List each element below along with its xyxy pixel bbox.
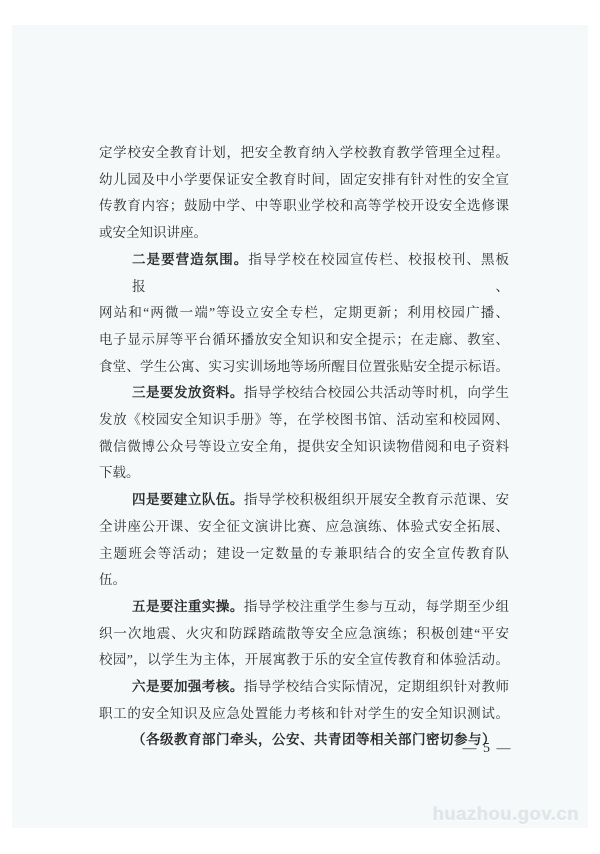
line-text: 指导学校结合校园公共活动等时机，向学生: [244, 385, 509, 400]
line-text: 传教育内容；鼓励中学、中等职业学校和高等学校开设安全选修课: [99, 198, 509, 213]
document-body: 定学校安全教育计划，把安全教育纳入学校教育教学管理全过程。 幼儿园及中小学要保证…: [99, 140, 509, 754]
line-text: 指导学校积极组织开展安全教育示范课、安: [244, 492, 509, 507]
document-line-parenthetical: （各级教育部门牵头，公安、共青团等相关部门密切参与）: [99, 727, 509, 754]
document-line: 幼儿园及中小学要保证安全教育时间，固定安排有针对性的安全宣: [99, 167, 509, 194]
paragraph-lead: 三是要发放资料。: [132, 385, 244, 400]
line-text: 校园”，以学生为主体，开展寓教于乐的安全宣传教育和体验活动。: [99, 652, 509, 667]
document-line: 定学校安全教育计划，把安全教育纳入学校教育教学管理全过程。: [99, 140, 509, 167]
document-line: 职工的安全知识及应急处置能力考核和针对学生的安全知识测试。: [99, 701, 509, 728]
document-line: 四是要建立队伍。指导学校积极组织开展安全教育示范课、安: [99, 487, 509, 514]
document-line: 或安全知识讲座。: [99, 220, 509, 247]
line-text: （各级教育部门牵头，公安、共青团等相关部门密切参与）: [132, 732, 496, 747]
paragraph-lead: 六是要加强考核。: [132, 679, 244, 694]
paragraph-lead: 五是要注重实操。: [132, 599, 244, 614]
document-line: 全讲座公开课、安全征文演讲比赛、应急演练、体验式安全拓展、: [99, 514, 509, 541]
line-text: 全讲座公开课、安全征文演讲比赛、应急演练、体验式安全拓展、: [99, 519, 509, 534]
document-line: 校园”，以学生为主体，开展寓教于乐的安全宣传教育和体验活动。: [99, 647, 509, 674]
document-line: 伍。: [99, 567, 509, 594]
line-text: 定学校安全教育计划，把安全教育纳入学校教育教学管理全过程。: [99, 145, 509, 160]
document-line: 网站和“两微一端”等设立安全专栏，定期更新；利用校园广播、: [99, 300, 509, 327]
paragraph-lead: 二是要营造氛围。: [132, 252, 248, 267]
document-line: 主题班会等活动；建设一定数量的专兼职结合的安全宣传教育队: [99, 541, 509, 568]
document-line: 食堂、学生公寓、实习实训场地等场所醒目位置张贴安全提示标语。: [99, 354, 509, 381]
line-text: 电子显示屏等平台循环播放安全知识和安全提示；在走廊、教室、: [99, 332, 509, 347]
document-line: 二是要营造氛围。指导学校在校园宣传栏、校报校刊、黑板报、: [99, 247, 509, 300]
document-line: 下载。: [99, 460, 509, 487]
document-line: 电子显示屏等平台循环播放安全知识和安全提示；在走廊、教室、: [99, 327, 509, 354]
line-text: 职工的安全知识及应急处置能力考核和针对学生的安全知识测试。: [99, 706, 509, 721]
document-line: 三是要发放资料。指导学校结合校园公共活动等时机，向学生: [99, 380, 509, 407]
line-text: 伍。: [99, 572, 126, 587]
line-text: 下载。: [99, 465, 140, 480]
document-line: 织一次地震、火灾和防踩踏疏散等安全应急演练；积极创建“平安: [99, 621, 509, 648]
line-text: 幼儿园及中小学要保证安全教育时间，固定安排有针对性的安全宣: [99, 172, 509, 187]
document-line: 微信微博公众号等设立安全角，提供安全知识读物借阅和电子资料: [99, 434, 509, 461]
paragraph-lead: 四是要建立队伍。: [132, 492, 244, 507]
line-text: 指导学校注重学生参与互动，每学期至少组: [244, 599, 509, 614]
line-text: 发放《校园安全知识手册》等，在学校图书馆、活动室和校园网、: [99, 412, 509, 427]
line-text: 食堂、学生公寓、实习实训场地等场所醒目位置张贴安全提示标语。: [99, 359, 509, 374]
document-line: 六是要加强考核。指导学校结合实际情况，定期组织针对教师: [99, 674, 509, 701]
line-text: 织一次地震、火灾和防踩踏疏散等安全应急演练；积极创建“平安: [99, 626, 509, 641]
document-line: 五是要注重实操。指导学校注重学生参与互动，每学期至少组: [99, 594, 509, 621]
line-text: 指导学校结合实际情况，定期组织针对教师: [244, 679, 509, 694]
document-line: 发放《校园安全知识手册》等，在学校图书馆、活动室和校园网、: [99, 407, 509, 434]
watermark: huazhou.gov.cn: [433, 803, 579, 825]
line-text: 微信微博公众号等设立安全角，提供安全知识读物借阅和电子资料: [99, 439, 509, 454]
page-number: — 5 —: [463, 741, 513, 757]
line-text: 主题班会等活动；建设一定数量的专兼职结合的安全宣传教育队: [99, 546, 509, 561]
line-text: 网站和“两微一端”等设立安全专栏，定期更新；利用校园广播、: [99, 305, 509, 320]
document-line: 传教育内容；鼓励中学、中等职业学校和高等学校开设安全选修课: [99, 193, 509, 220]
line-text: 或安全知识讲座。: [99, 225, 207, 240]
